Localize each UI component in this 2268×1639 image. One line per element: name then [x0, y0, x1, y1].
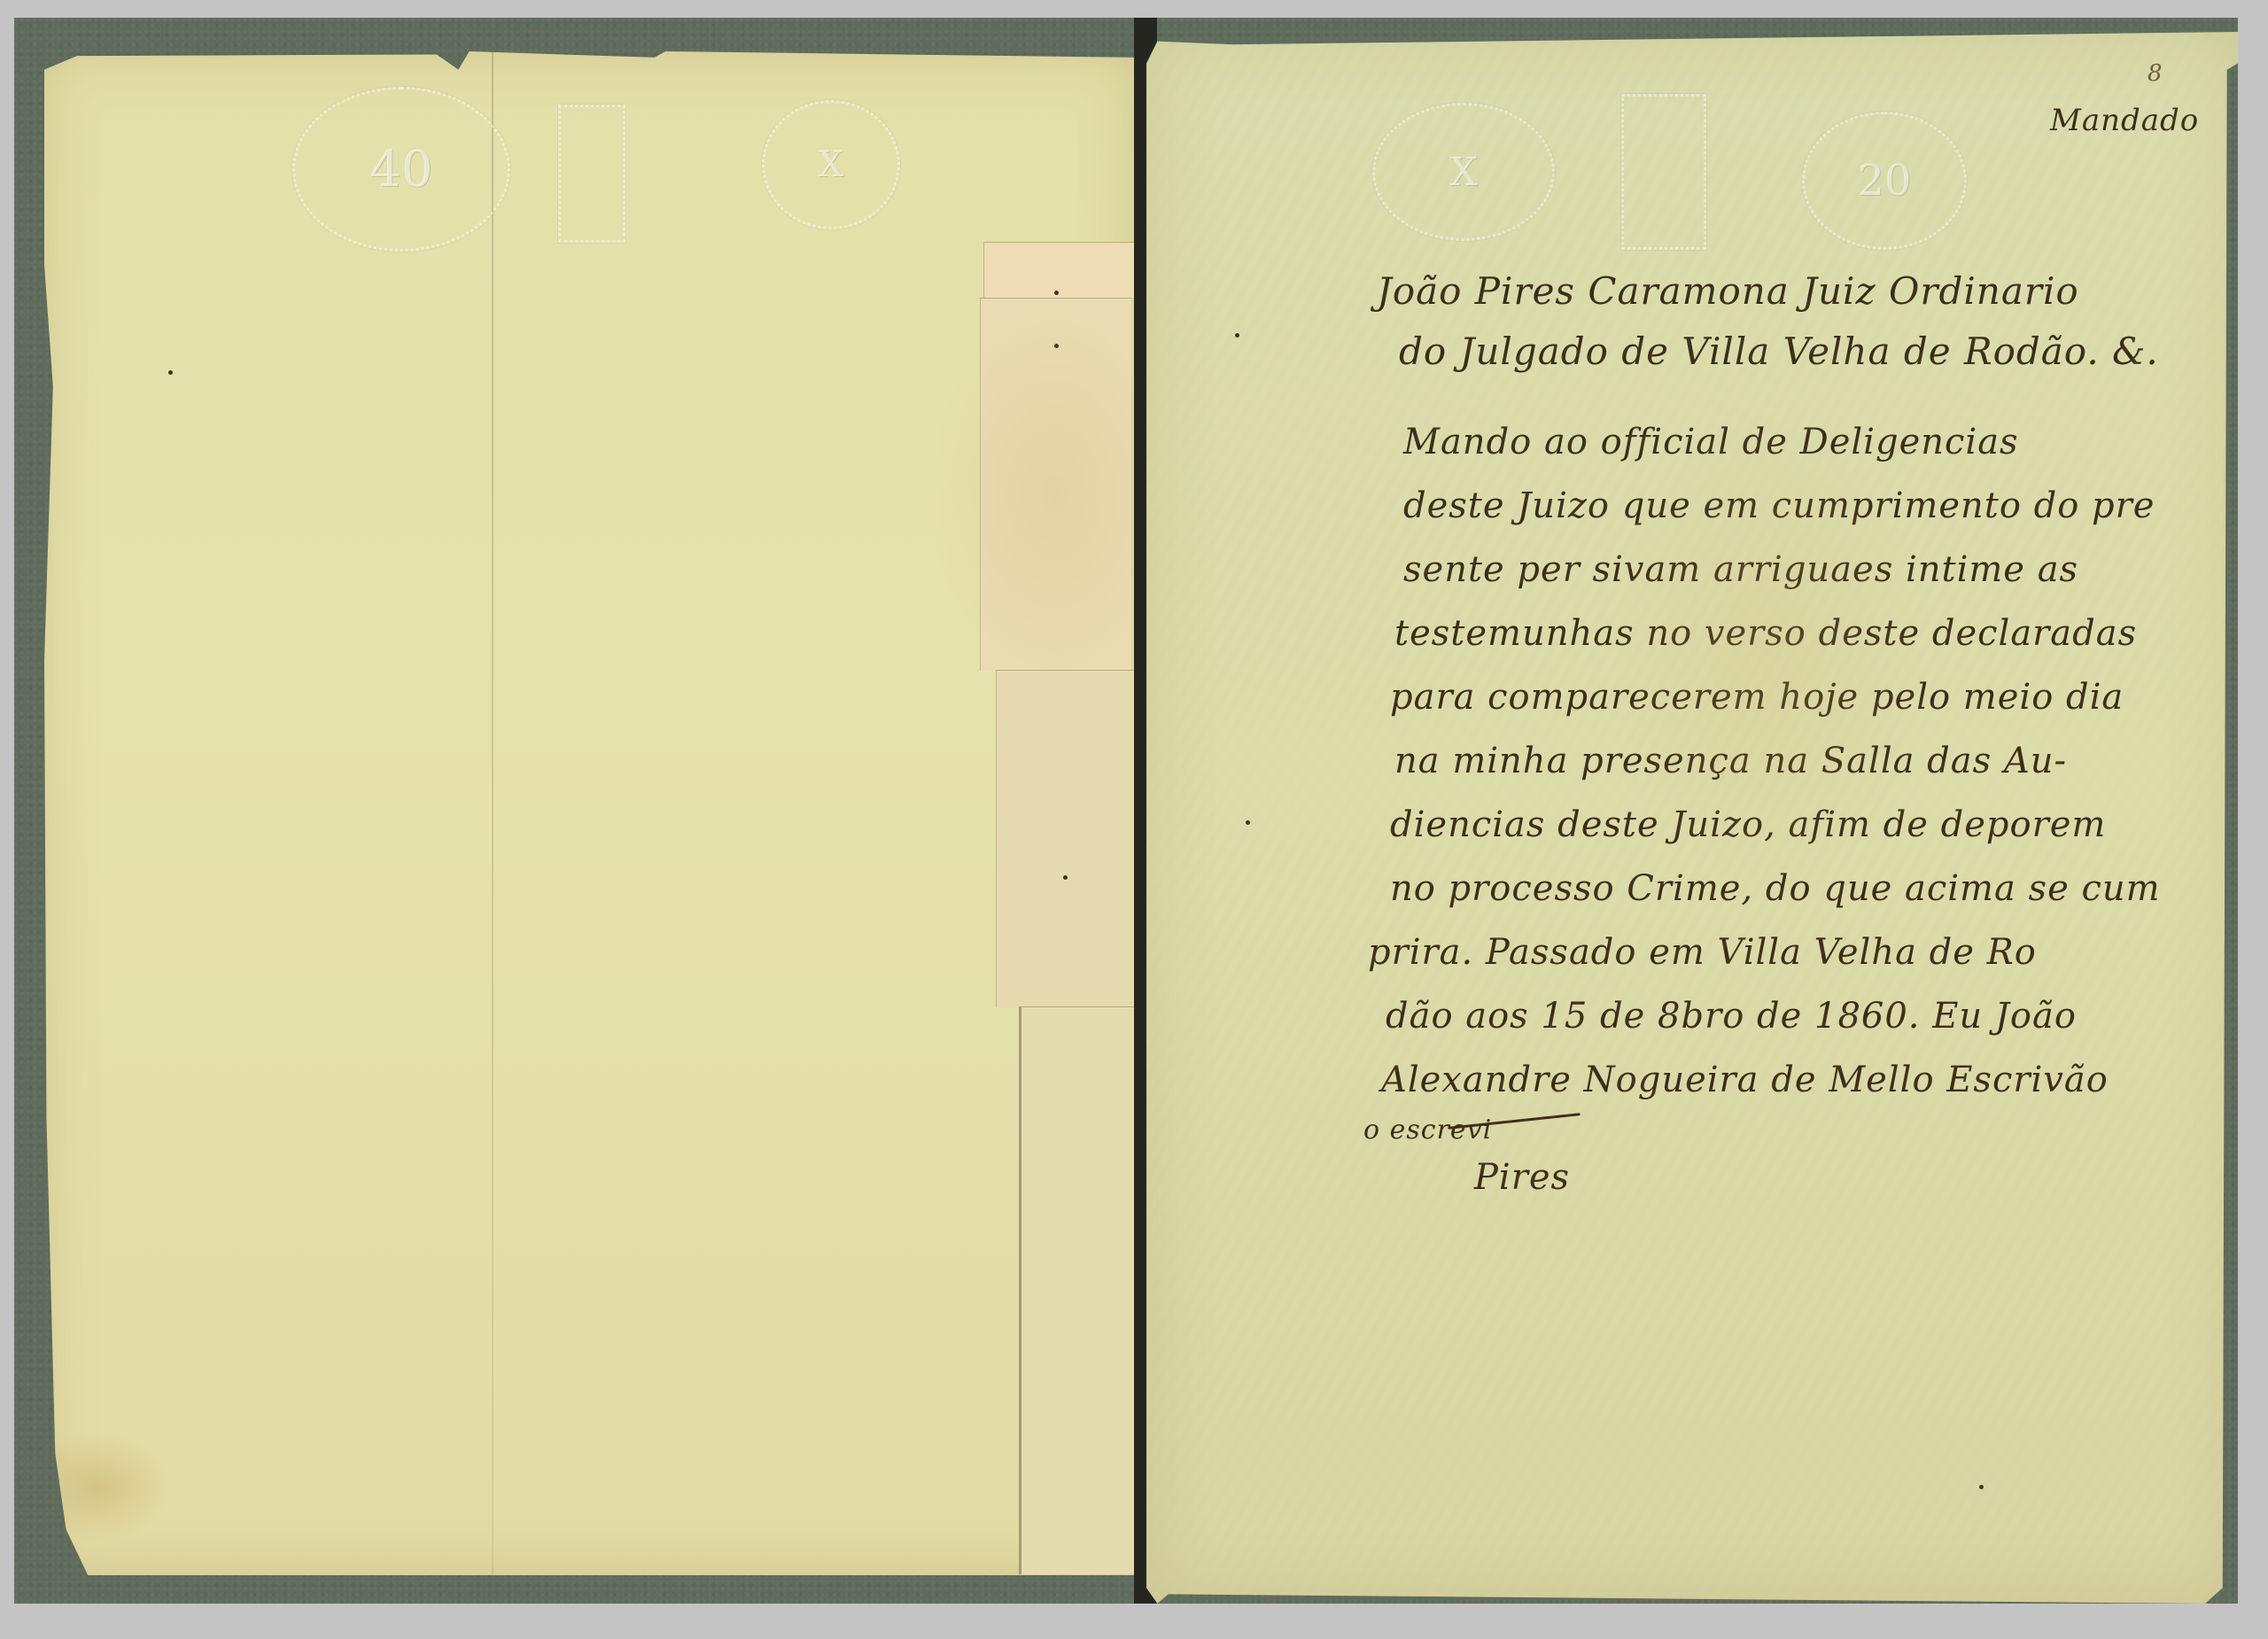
- left-page: 40 X: [44, 51, 1134, 1575]
- ink-speck: [1979, 1485, 1984, 1489]
- heading-line: João Pires Caramona Juiz Ordinario: [1377, 269, 2079, 313]
- body-line: na minha presença na Salla das Au-: [1394, 741, 2067, 781]
- body-line: diencias deste Juizo, afim de deporem: [1390, 804, 2106, 845]
- embossed-seal-left-1: 40: [292, 87, 510, 252]
- embossed-seal-right-1: X: [1372, 103, 1555, 241]
- ink-speck: [168, 370, 173, 375]
- ink-speck: [1246, 820, 1250, 825]
- body-line: para comparecerem hoje pelo meio dia: [1390, 677, 2124, 718]
- body-line: prira. Passado em Villa Velha de Ro: [1368, 932, 2037, 973]
- ink-speck: [1235, 333, 1239, 338]
- body-line: Mando ao official de Deligencias: [1403, 422, 2019, 462]
- document-label: Mandado: [2050, 103, 2199, 138]
- folio-number: 8: [2148, 60, 2163, 87]
- repair-strip: [983, 242, 1135, 298]
- repair-strip: [996, 670, 1147, 1007]
- body-line: o escrevi: [1363, 1115, 1492, 1146]
- body-line: dão aos 15 de 8bro de 1860. Eu João: [1386, 996, 2077, 1037]
- body-line: sente per sivam arriguaes intime as: [1403, 549, 2078, 590]
- right-page: X 20 8 Mandado João Pires Caramona Juiz …: [1146, 32, 2238, 1604]
- embossed-seal-right-2: 20: [1802, 112, 1967, 250]
- ink-speck: [1063, 875, 1068, 880]
- embossed-seal-left-2: X: [762, 100, 900, 229]
- ink-speck: [1054, 291, 1059, 295]
- embossed-crest-left: [558, 105, 625, 243]
- heading-line: do Julgado de Villa Velha de Rodão. &.: [1399, 330, 2159, 373]
- signature: Pires: [1474, 1157, 1570, 1198]
- body-line: testemunhas no verso deste declaradas: [1394, 613, 2137, 654]
- repair-strip: [980, 298, 1131, 671]
- body-line: deste Juizo que em cumprimento do pre: [1403, 485, 2155, 526]
- body-line: Alexandre Nogueira de Mello Escrivão: [1381, 1060, 2109, 1100]
- embossed-crest-right: [1621, 94, 1706, 250]
- ink-speck: [1054, 344, 1059, 348]
- body-line: no processo Crime, do que acima se cum: [1390, 868, 2161, 909]
